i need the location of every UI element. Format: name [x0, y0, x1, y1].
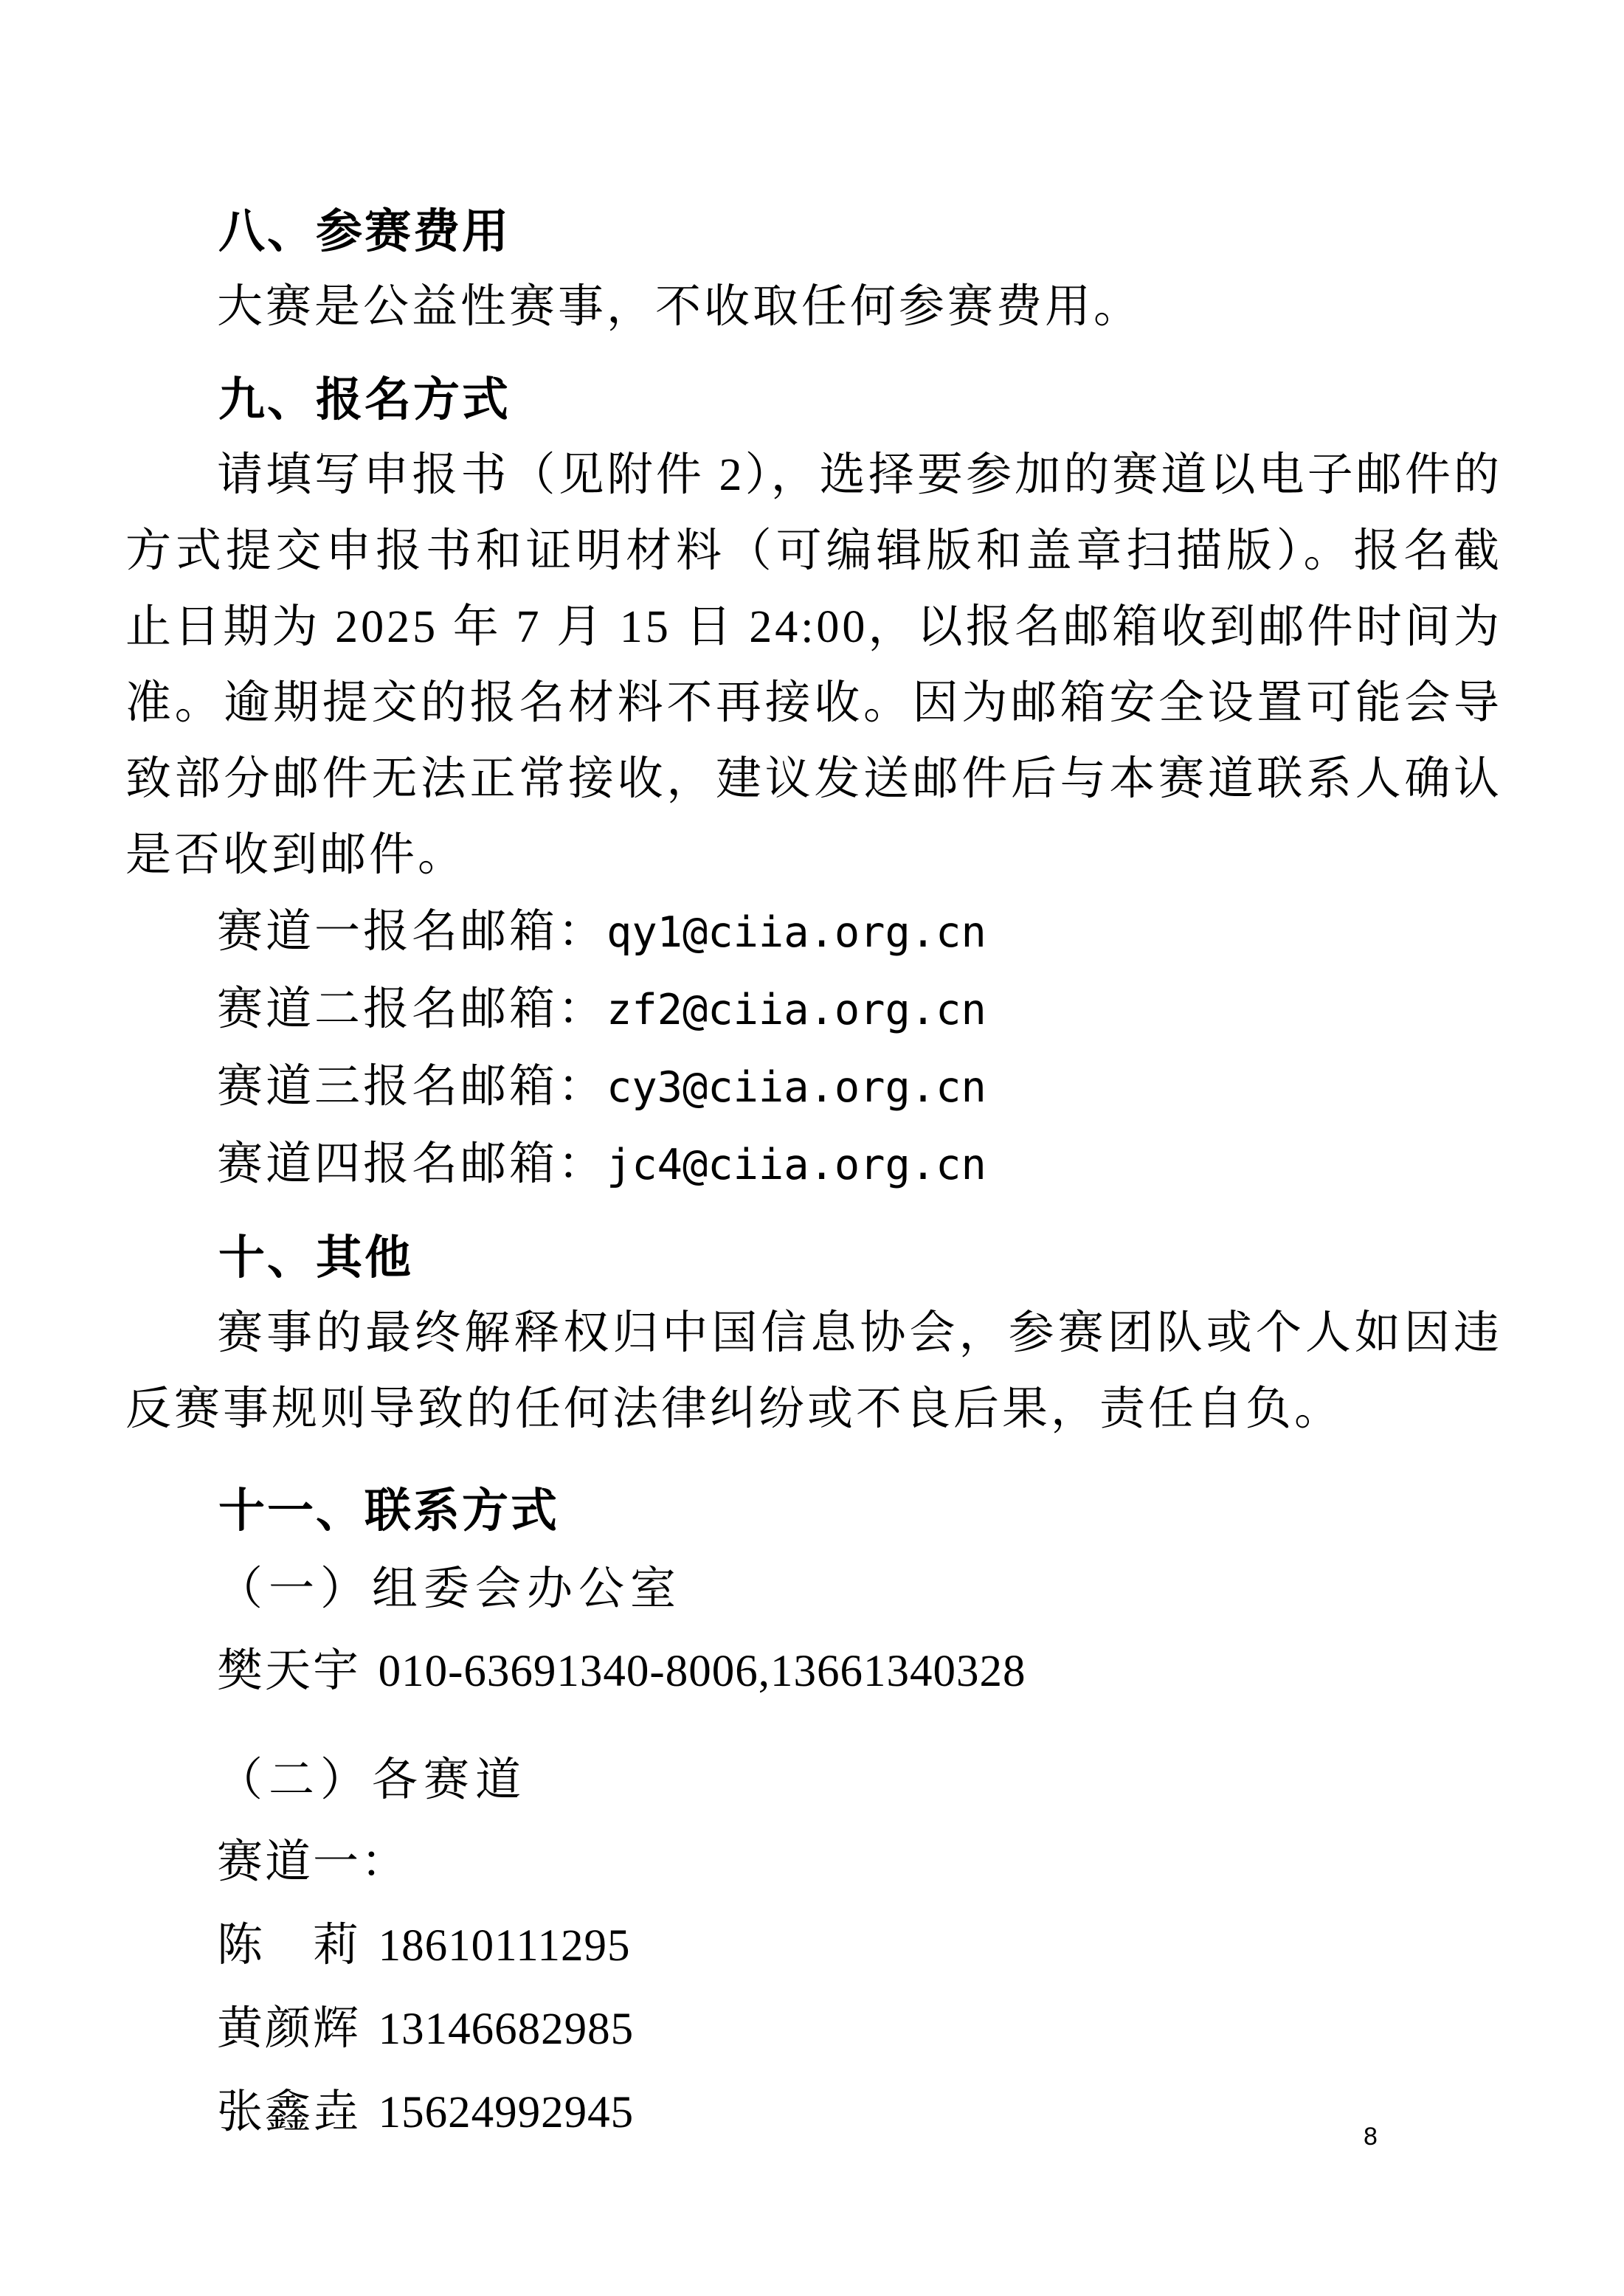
- contact-name: 黄颜辉: [217, 2004, 361, 2054]
- track2-email-label: 赛道二报名邮箱：: [217, 984, 607, 1034]
- section-heading-other: 十、其他: [125, 1220, 1502, 1296]
- section-heading-contact: 十一、联系方式: [125, 1473, 1502, 1549]
- section-heading-registration: 九、报名方式: [125, 362, 1502, 438]
- contact-name: 陈 莉: [217, 1920, 361, 1971]
- document-page: 八、参赛费用 大赛是公益性赛事，不收取任何参赛费用。 九、报名方式 请填写申报书…: [0, 0, 1624, 2296]
- tracks-sub-heading: （二）各赛道: [125, 1740, 1502, 1821]
- page-number: 8: [1364, 2122, 1378, 2151]
- office-contact-name: 樊天宇: [217, 1646, 361, 1696]
- contact-name: 张鑫垚: [217, 2087, 361, 2137]
- track4-email-address: jc4@ciia.org.cn: [607, 1141, 987, 1189]
- office-contact-row: 樊天宇010-63691340-8006,13661340328: [125, 1630, 1502, 1713]
- other-paragraph: 赛事的最终解释权归中国信息协会，参赛团队或个人如因违反赛事规则导致的任何法律纠纷…: [125, 1296, 1502, 1448]
- track4-email-row: 赛道四报名邮箱：jc4@ciia.org.cn: [125, 1126, 1502, 1203]
- track1-email-address: qy1@ciia.org.cn: [607, 908, 987, 957]
- document-content: 八、参赛费用 大赛是公益性赛事，不收取任何参赛费用。 九、报名方式 请填写申报书…: [125, 193, 1502, 2154]
- track1-contact-row-3: 张鑫垚15624992945: [125, 2071, 1502, 2154]
- track3-email-row: 赛道三报名邮箱：cy3@ciia.org.cn: [125, 1048, 1502, 1126]
- contact-phone: 13146682985: [379, 2005, 635, 2054]
- track1-contact-row-1: 陈 莉18610111295: [125, 1904, 1502, 1988]
- section-heading-fees: 八、参赛费用: [125, 193, 1502, 269]
- registration-paragraph: 请填写申报书（见附件 2），选择要参加的赛道以电子邮件的方式提交申报书和证明材料…: [125, 438, 1502, 893]
- fees-paragraph: 大赛是公益性赛事，不收取任何参赛费用。: [125, 269, 1502, 345]
- track3-email-label: 赛道三报名邮箱：: [217, 1062, 607, 1112]
- track2-email-row: 赛道二报名邮箱：zf2@ciia.org.cn: [125, 971, 1502, 1048]
- track1-email-row: 赛道一报名邮箱：qy1@ciia.org.cn: [125, 893, 1502, 971]
- track1-email-label: 赛道一报名邮箱：: [217, 907, 607, 957]
- contact-phone: 18610111295: [379, 1921, 631, 1971]
- office-sub-heading: （一）组委会办公室: [125, 1549, 1502, 1630]
- track4-email-label: 赛道四报名邮箱：: [217, 1139, 607, 1189]
- track1-contact-row-2: 黄颜辉13146682985: [125, 1988, 1502, 2071]
- office-contact-phone: 010-63691340-8006,13661340328: [379, 1647, 1026, 1696]
- track3-email-address: cy3@ciia.org.cn: [607, 1063, 987, 1112]
- track2-email-address: zf2@ciia.org.cn: [607, 986, 987, 1034]
- track1-label: 赛道一：: [125, 1821, 1502, 1904]
- contact-phone: 15624992945: [379, 2088, 635, 2137]
